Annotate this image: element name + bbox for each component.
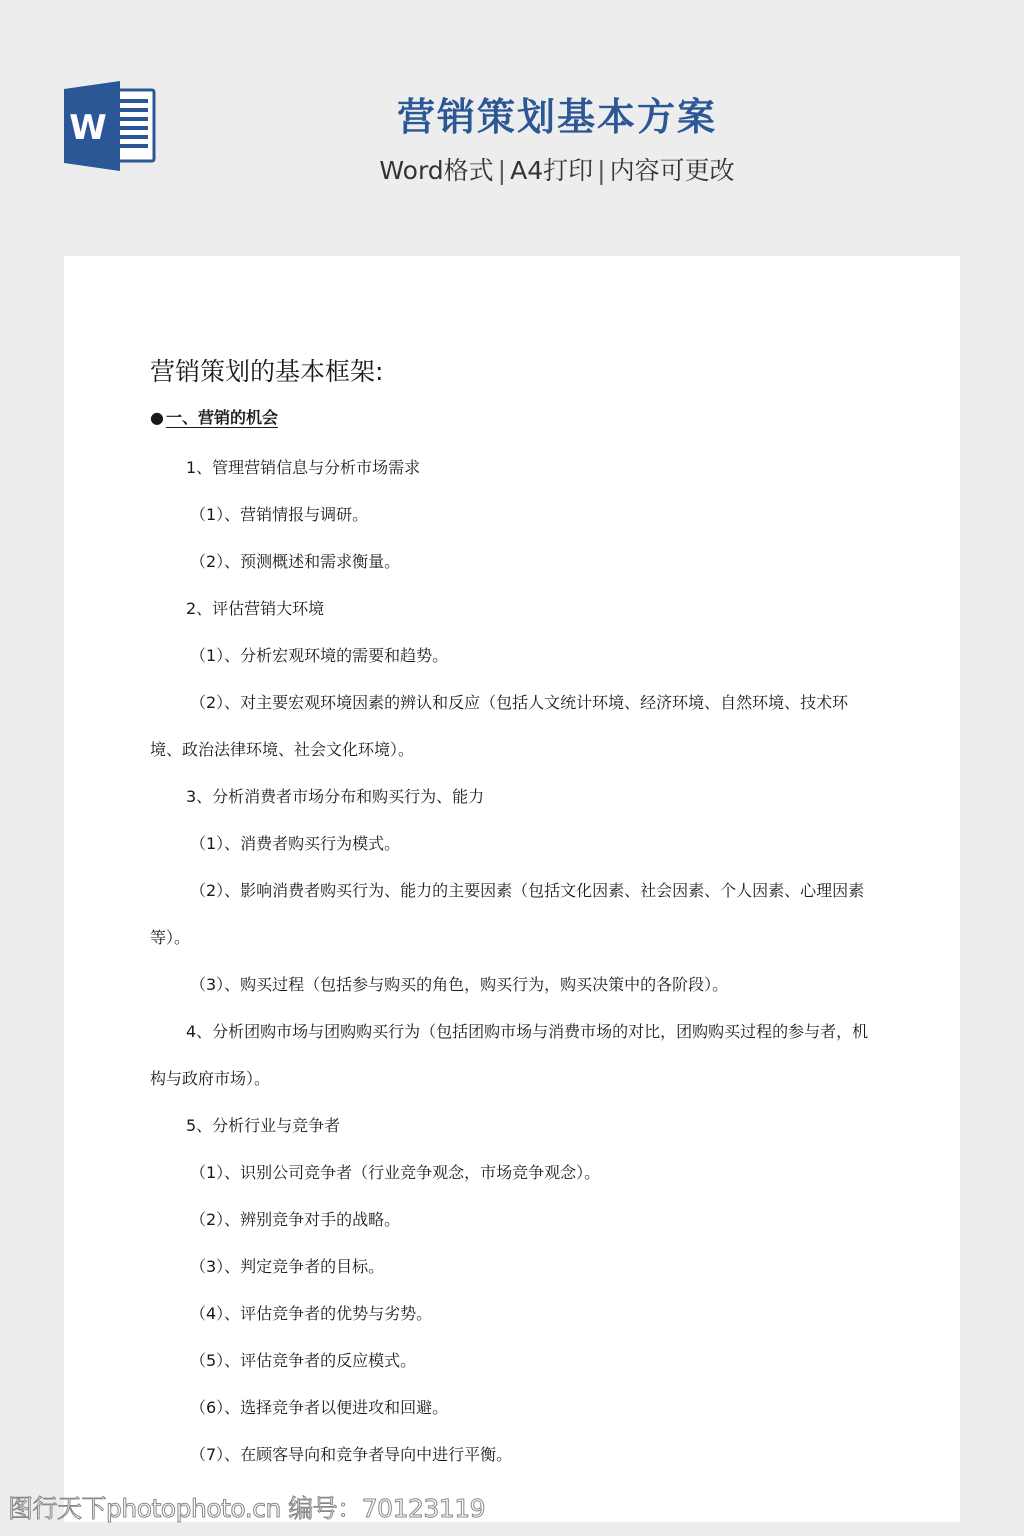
section-label: 一、营销的机会 xyxy=(166,408,278,427)
subtitle-separator: | xyxy=(498,156,506,185)
document-heading: 营销策划的基本框架: xyxy=(150,346,880,398)
svg-text:W: W xyxy=(69,108,107,148)
subtitle-format: Word格式 xyxy=(379,156,493,185)
word-document-icon: W xyxy=(64,81,156,171)
section-heading: ●一、营销的机会 xyxy=(150,398,880,438)
list-item: （7）、在顾客导向和竞争者导向中进行平衡。 xyxy=(150,1431,880,1478)
list-item: （3）、判定竞争者的目标。 xyxy=(150,1243,880,1290)
list-item: （1）、分析宏观环境的需要和趋势。 xyxy=(150,632,880,679)
list-item: （5）、评估竞争者的反应模式。 xyxy=(150,1337,880,1384)
banner-header: W 营销策划基本方案 Word格式|A4打印|内容可更改 xyxy=(0,0,1024,256)
document-page: 营销策划的基本框架: ●一、营销的机会 1、管理营销信息与分析市场需求 （1）、… xyxy=(64,256,960,1522)
list-item: （3）、购买过程（包括参与购买的角色，购买行为，购买决策中的各阶段）。 xyxy=(150,961,880,1008)
watermark-text: 图行天下photophoto.cn 编号：70123119 xyxy=(8,1492,485,1526)
list-item: （2）、预测概述和需求衡量。 xyxy=(150,538,880,585)
list-item: （4）、评估竞争者的优势与劣势。 xyxy=(150,1290,880,1337)
document-body: 营销策划的基本框架: ●一、营销的机会 1、管理营销信息与分析市场需求 （1）、… xyxy=(150,346,880,1478)
list-item: （1）、识别公司竞争者（行业竞争观念，市场竞争观念）。 xyxy=(150,1149,880,1196)
list-item: （1）、消费者购买行为模式。 xyxy=(150,820,880,867)
list-item: 2、评估营销大环境 xyxy=(150,585,880,632)
list-item: 3、分析消费者市场分布和购买行为、能力 xyxy=(150,773,880,820)
list-item: （6）、选择竞争者以便进攻和回避。 xyxy=(150,1384,880,1431)
banner-subtitle: Word格式|A4打印|内容可更改 xyxy=(300,152,814,190)
subtitle-print: A4打印 xyxy=(510,156,593,185)
list-item: 5、分析行业与竞争者 xyxy=(150,1102,880,1149)
subtitle-editable: 内容可更改 xyxy=(610,156,735,185)
banner-title: 营销策划基本方案 xyxy=(300,92,814,142)
list-item: 4、分析团购市场与团购购买行为（包括团购市场与消费市场的对比，团购购买过程的参与… xyxy=(150,1008,880,1102)
list-item: （2）、影响消费者购买行为、能力的主要因素（包括文化因素、社会因素、个人因素、心… xyxy=(150,867,880,961)
list-item: （2）、对主要宏观环境因素的辨认和反应（包括人文统计环境、经济环境、自然环境、技… xyxy=(150,679,880,773)
list-item: （2）、辨别竞争对手的战略。 xyxy=(150,1196,880,1243)
bullet-icon: ● xyxy=(150,408,164,427)
subtitle-separator: | xyxy=(597,156,605,185)
list-item: 1、管理营销信息与分析市场需求 xyxy=(150,444,880,491)
list-item: （1）、营销情报与调研。 xyxy=(150,491,880,538)
